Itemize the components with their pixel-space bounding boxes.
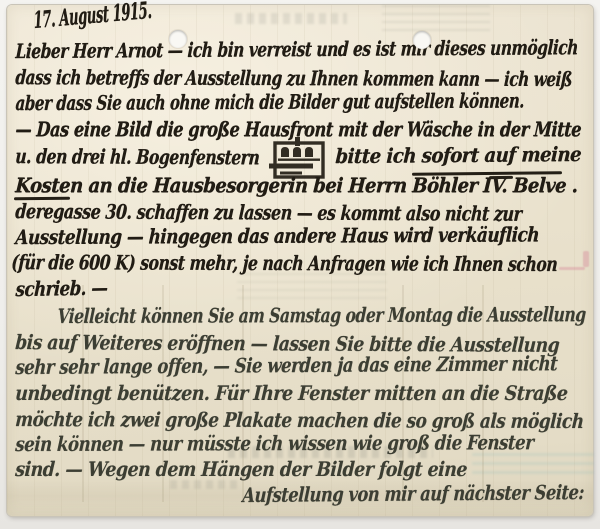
handwritten-line: schrieb. —: [15, 276, 108, 301]
handwritten-line: 17. August 1915.: [33, 0, 152, 34]
handwritten-line: (für die 600 K) sonst mehr, je nach Anfr…: [11, 251, 558, 276]
sketch-arched-window: [293, 147, 301, 157]
handwritten-line: unbedingt benützen. Für Ihre Fenster mit…: [15, 382, 569, 405]
handwritten-line: sein können — nur müsste ich wissen wie …: [15, 431, 534, 456]
letter-lines: 17. August 1915.Lieber Herr Arnot — ich …: [0, 0, 600, 529]
handwritten-line: möchte ich zwei große Plakate machen die…: [15, 408, 585, 433]
sketch-arched-window: [305, 147, 313, 157]
handwritten-line: Vielleicht können Sie am Samstag oder Mo…: [57, 303, 586, 328]
handwritten-line: Lieber Herr Arnot — ich bin verreist und…: [15, 36, 578, 63]
handwritten-line: sehr sehr lange offen, — Sie werden ja d…: [15, 352, 558, 379]
handwritten-line: sind. — Wegen dem Hängen der Bilder folg…: [15, 458, 468, 481]
sketch-ledge-line: [278, 159, 320, 161]
sketch-laundry-bar: [269, 164, 313, 169]
sketch-lower-ledge: [280, 172, 302, 175]
scanned-letter-page: 17. August 1915.Lieber Herr Arnot — ich …: [0, 0, 600, 529]
sketch-arched-window: [281, 147, 289, 157]
handwritten-line: bitte ich sofort auf meine: [335, 143, 582, 168]
house-front-sketch: [268, 137, 328, 185]
handwritten-line: Ausstellung — hingegen das andere Haus w…: [15, 223, 540, 249]
handwritten-line: aber dass Sie auch ohne mich die Bilder …: [15, 89, 525, 115]
handwritten-line: u. den drei hl. Bogenfenstern: [15, 145, 260, 169]
handwritten-line: dass ich betreffs der Ausstellung zu Ihn…: [15, 66, 573, 91]
handwritten-line: Aufstellung von mir auf nächster Seite:: [242, 481, 585, 507]
